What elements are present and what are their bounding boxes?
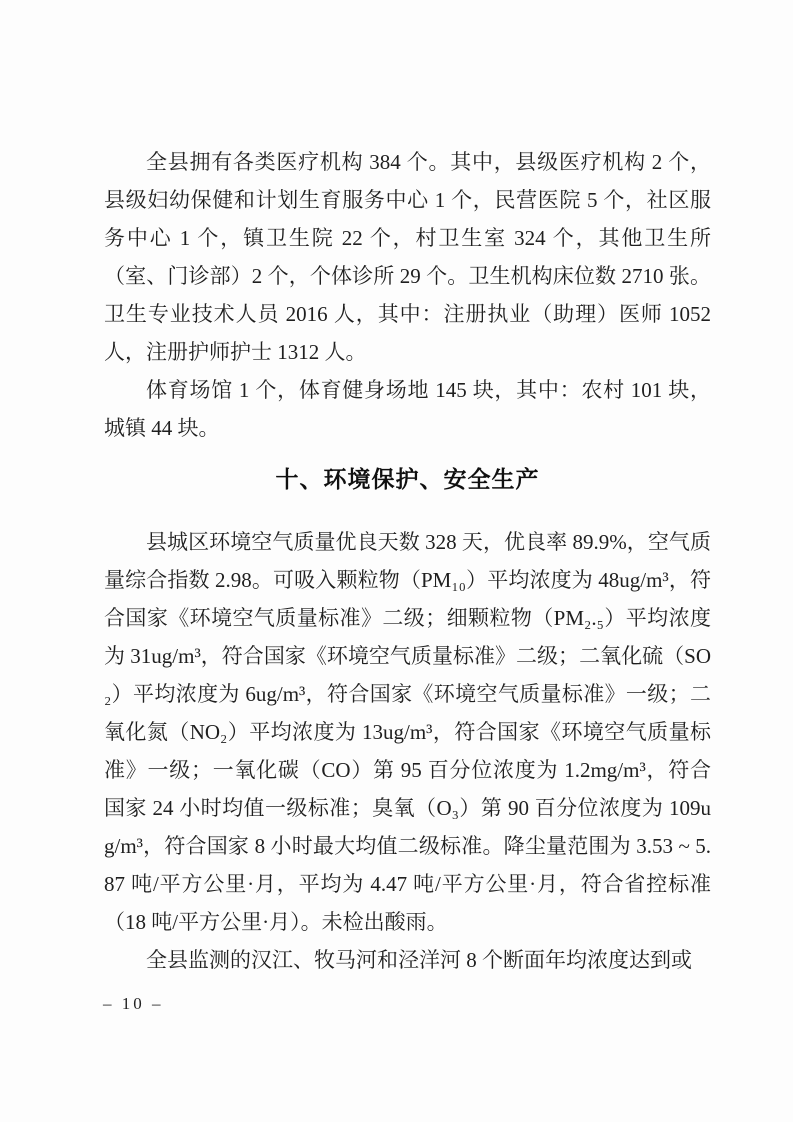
section-heading-environment-safety: 十、环境保护、安全生产 [104, 459, 711, 499]
paragraph-sports-facilities: 体育场馆 1 个，体育健身场地 145 块，其中：农村 101 块，城镇 44 … [104, 371, 711, 447]
page-number: – 10 – [103, 992, 164, 1016]
page-content: 全县拥有各类医疗机构 384 个。其中，县级医疗机构 2 个，县级妇幼保健和计划… [104, 143, 711, 979]
paragraph-medical-institutions: 全县拥有各类医疗机构 384 个。其中，县级医疗机构 2 个，县级妇幼保健和计划… [104, 143, 711, 371]
document-page: 全县拥有各类医疗机构 384 个。其中，县级医疗机构 2 个，县级妇幼保健和计划… [0, 0, 793, 1122]
paragraph-air-quality: 县城区环境空气质量优良天数 328 天，优良率 89.9%，空气质量综合指数 2… [104, 523, 711, 941]
paragraph-river-monitoring: 全县监测的汉江、牧马河和泾洋河 8 个断面年均浓度达到或 [104, 941, 711, 979]
